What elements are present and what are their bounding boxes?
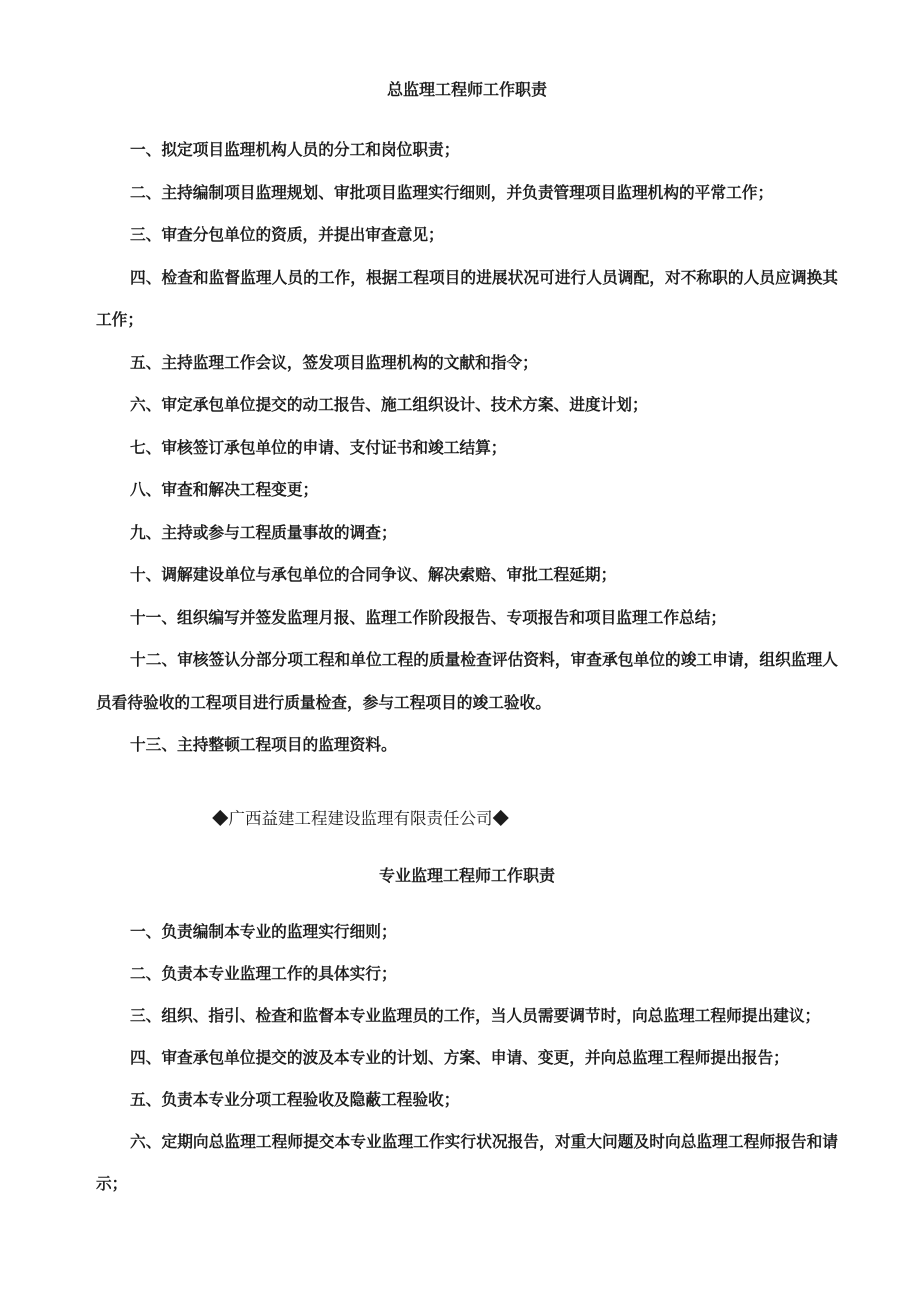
section2-duty-list: 一、负责编制本专业的监理实行细则；二、负责本专业监理工作的具体实行；三、组织、指… bbox=[96, 912, 838, 1206]
duty-item: 四、检查和监督监理人员的工作，根据工程项目的进展状况可进行人员调配，对不称职的人… bbox=[96, 258, 838, 343]
duty-item: 七、审核签订承包单位的申请、支付证书和竣工结算； bbox=[96, 428, 838, 471]
duty-item: 二、负责本专业监理工作的具体实行； bbox=[96, 954, 838, 996]
duty-item: 十、调解建设单位与承包单位的合同争议、解决索赔、审批工程延期； bbox=[96, 555, 838, 598]
duty-item: 六、定期向总监理工程师提交本专业监理工作实行状况报告，对重大问题及时向总监理工程… bbox=[96, 1122, 838, 1206]
duty-item: 五、负责本专业分项工程验收及隐蔽工程验收； bbox=[96, 1080, 838, 1122]
duty-item: 一、负责编制本专业的监理实行细则； bbox=[96, 912, 838, 954]
document-page: 总监理工程师工作职责 一、拟定项目监理机构人员的分工和岗位职责；二、主持编制项目… bbox=[0, 0, 920, 1302]
duty-item: 四、审查承包单位提交的波及本专业的计划、方案、申请、变更，并向总监理工程师提出报… bbox=[96, 1038, 838, 1080]
duty-item: 三、组织、指引、检查和监督本专业监理员的工作，当人员需要调节时，向总监理工程师提… bbox=[96, 996, 838, 1038]
duty-item: 十一、组织编写并签发监理月报、监理工作阶段报告、专项报告和项目监理工作总结； bbox=[96, 598, 838, 641]
duty-item: 十二、审核签认分部分项工程和单位工程的质量检查评估资料，审查承包单位的竣工申请，… bbox=[96, 640, 838, 725]
duty-item: 十三、主持整顿工程项目的监理资料。 bbox=[96, 725, 838, 768]
section1-duty-list: 一、拟定项目监理机构人员的分工和岗位职责；二、主持编制项目监理规划、审批项目监理… bbox=[96, 130, 838, 768]
duty-item: 六、审定承包单位提交的动工报告、施工组织设计、技术方案、进度计划； bbox=[96, 385, 838, 428]
duty-item: 三、审查分包单位的资质，并提出审查意见； bbox=[96, 215, 838, 258]
company-line: ◆广西益建工程建设监理有限责任公司◆ bbox=[96, 797, 838, 840]
duty-item: 八、审查和解决工程变更； bbox=[96, 470, 838, 513]
section1-title: 总监理工程师工作职责 bbox=[96, 69, 838, 112]
duty-item: 九、主持或参与工程质量事故的调查； bbox=[96, 513, 838, 556]
duty-item: 五、主持监理工作会议，签发项目监理机构的文献和指令； bbox=[96, 343, 838, 386]
duty-item: 一、拟定项目监理机构人员的分工和岗位职责； bbox=[96, 130, 838, 173]
duty-item: 二、主持编制项目监理规划、审批项目监理实行细则，并负责管理项目监理机构的平常工作… bbox=[96, 173, 838, 216]
section2-title: 专业监理工程师工作职责 bbox=[96, 855, 838, 898]
